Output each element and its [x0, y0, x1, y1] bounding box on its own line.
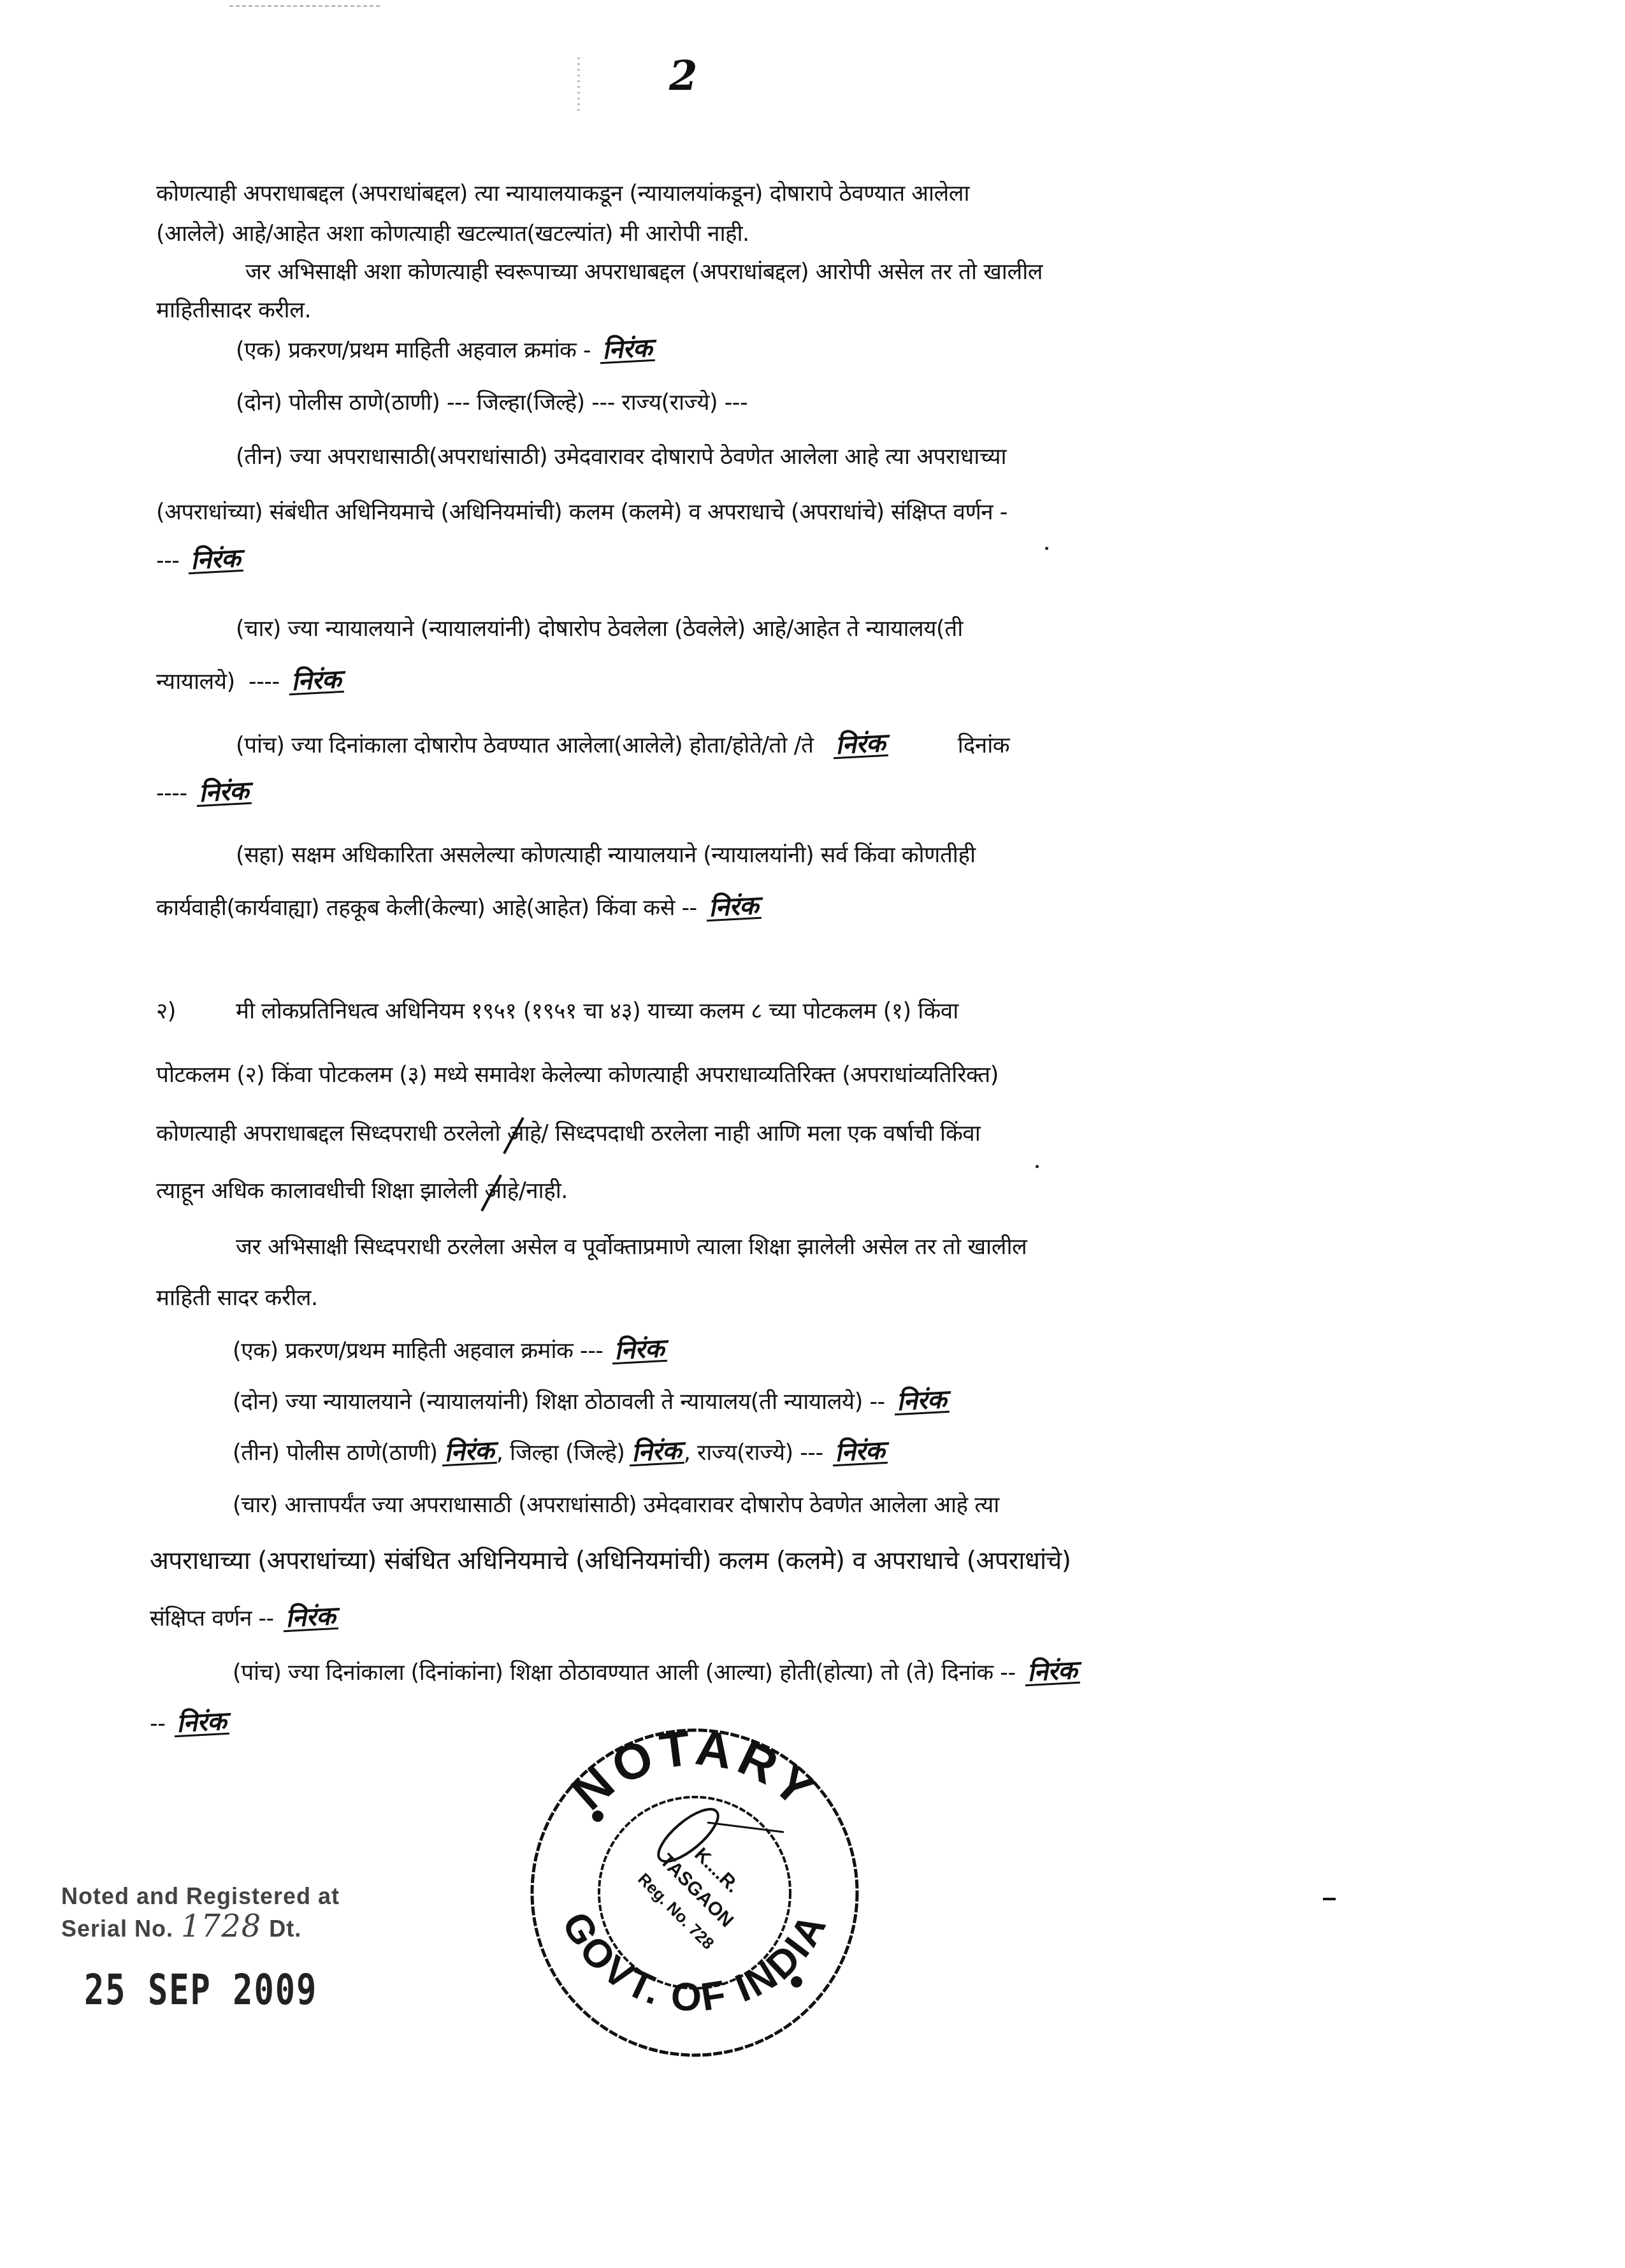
scan-artifact [577, 57, 580, 115]
section2-number: २) [156, 1000, 176, 1023]
handwritten-answer: निरंक [705, 894, 762, 921]
section2-item-5: (पांच) ज्या दिनांकाला (दिनांकांना) शिक्ष… [233, 1660, 1080, 1685]
section1-item-5-continuation: ----निरंक [156, 781, 251, 805]
page-number: 2 [669, 52, 698, 100]
registration-stamp: Noted and Registered at Serial No.1728Dt… [61, 1883, 340, 2005]
section1-item-4: (चार) ज्या न्यायालयाने (न्यायालयांनी) दो… [236, 618, 963, 640]
section1-item-3-answer: ---निरंक [156, 548, 243, 573]
section2-item-2: (दोन) ज्या न्यायालयाने (न्यायालयांनी) शि… [233, 1389, 949, 1414]
handwritten-answer: निरंक [196, 779, 252, 807]
section1-intro-line2: (आलेले) आहे/आहेत अशा कोणत्याही खटल्यात(ख… [156, 223, 749, 245]
margin-mark [1323, 1898, 1336, 1900]
handwritten-answer: निरंक [628, 1439, 684, 1466]
section1-item-6: (सहा) सक्षम अधिकारिता असलेल्या कोणत्याही… [236, 844, 976, 867]
section2-para-line3: कोणत्याही अपराधाबद्दल सिध्दपराधी ठरलेलो … [156, 1123, 980, 1145]
handwritten-answer: निरंक [441, 1439, 497, 1466]
section1-item-6-continuation: कार्यवाही(कार्यवाह्या) तहकूब केली(केल्या… [156, 895, 761, 920]
section1-condition-line1: जर अभिसाक्षी अशा कोणत्याही स्वरूपाच्या अ… [245, 261, 1043, 284]
handwritten-answer: निरंक [187, 547, 243, 574]
section1-item-3-continuation: (अपराधांच्या) संबंधीत अधिनियमाचे (अधिनिय… [156, 502, 1007, 524]
section1-item-1: (एक) प्रकरण/प्रथम माहिती अहवाल क्रमांक -… [236, 338, 654, 363]
scan-artifact [229, 5, 382, 7]
section2-para-line4: त्याहून अधिक कालावधीची शिक्षा झालेली आहे… [156, 1180, 568, 1203]
notary-seal-icon: NOTARY GOVT. OF INDIA K....R. TASGAON Re… [516, 1708, 873, 2065]
serial-number: 1728 [181, 1909, 261, 1944]
section2-item-4-continuation2: संक्षिप्त वर्णन --निरंक [150, 1606, 338, 1631]
handwritten-answer: निरंक [612, 1337, 668, 1364]
registration-date: 25 SEP 2009 [84, 1967, 317, 2014]
section1-item-5: (पांच) ज्या दिनांकाला दोषारोप ठेवण्यात आ… [236, 733, 1009, 758]
handwritten-answer: निरंक [288, 668, 344, 695]
section1-item-4-continuation: न्यायालये) ----निरंक [156, 669, 343, 694]
section2-item-4: (चार) आत्तापर्यंत ज्या अपराधासाठी (अपराध… [233, 1494, 999, 1517]
struck-out-word: आहे [507, 1123, 541, 1145]
handwritten-answer: निरंक [1024, 1659, 1080, 1686]
section2-item-3: (तीन) पोलीस ठाणे(ठाणी)निरंक, जिल्हा (जिल… [233, 1440, 887, 1465]
section2-item-4-continuation: अपराधाच्या (अपराधांच्या) संबंधित अधिनियम… [150, 1549, 1071, 1573]
handwritten-answer: निरंक [282, 1605, 338, 1632]
notary-seal: NOTARY GOVT. OF INDIA K....R. TASGAON Re… [516, 1708, 873, 2065]
section2-para-line1: मी लोकप्रतिनिधत्व अधिनियम १९५१ (१९५१ चा … [236, 1000, 958, 1023]
handwritten-answer: निरंक [832, 1439, 888, 1466]
section1-intro-line1: कोणत्याही अपराधाबद्दल (अपराधांबद्दल) त्य… [156, 183, 969, 205]
section2-item-5-continuation: --निरंक [150, 1711, 229, 1736]
handwritten-answer: निरंक [173, 1710, 229, 1737]
item-label: (एक) प्रकरण/प्रथम माहिती अहवाल क्रमांक - [236, 338, 591, 363]
section1-item-2: (दोन) पोलीस ठाणे(ठाणी) --- जिल्हा(जिल्हे… [236, 392, 747, 414]
handwritten-answer: निरंक [832, 732, 888, 759]
section2-condition-line1: जर अभिसाक्षी सिध्दपराधी ठरलेला असेल व पू… [236, 1236, 1027, 1259]
section2-condition-line2: माहिती सादर करील. [156, 1287, 318, 1310]
handwritten-answer: निरंक [893, 1388, 950, 1415]
scan-artifact [1045, 547, 1048, 550]
document-page: 2 कोणत्याही अपराधाबद्दल (अपराधांबद्दल) त… [0, 0, 1625, 2268]
handwritten-answer: निरंक [599, 336, 655, 364]
section2-item-1: (एक) प्रकरण/प्रथम माहिती अहवाल क्रमांक -… [233, 1338, 667, 1363]
scan-artifact [1036, 1165, 1039, 1168]
section1-condition-line2: माहितीसादर करील. [156, 300, 311, 322]
registration-line1: Noted and Registered at [61, 1883, 340, 1909]
struck-out-word: आहे [485, 1180, 519, 1203]
section1-item-3: (तीन) ज्या अपराधासाठी(अपराधांसाठी) उमेदव… [236, 446, 1006, 468]
svg-text:NOTARY: NOTARY [561, 1719, 829, 1821]
registration-line2: Serial No.1728Dt. [61, 1909, 340, 1944]
section2-para-line2: पोटकलम (२) किंवा पोटकलम (३) मध्ये समावेश… [156, 1064, 999, 1087]
